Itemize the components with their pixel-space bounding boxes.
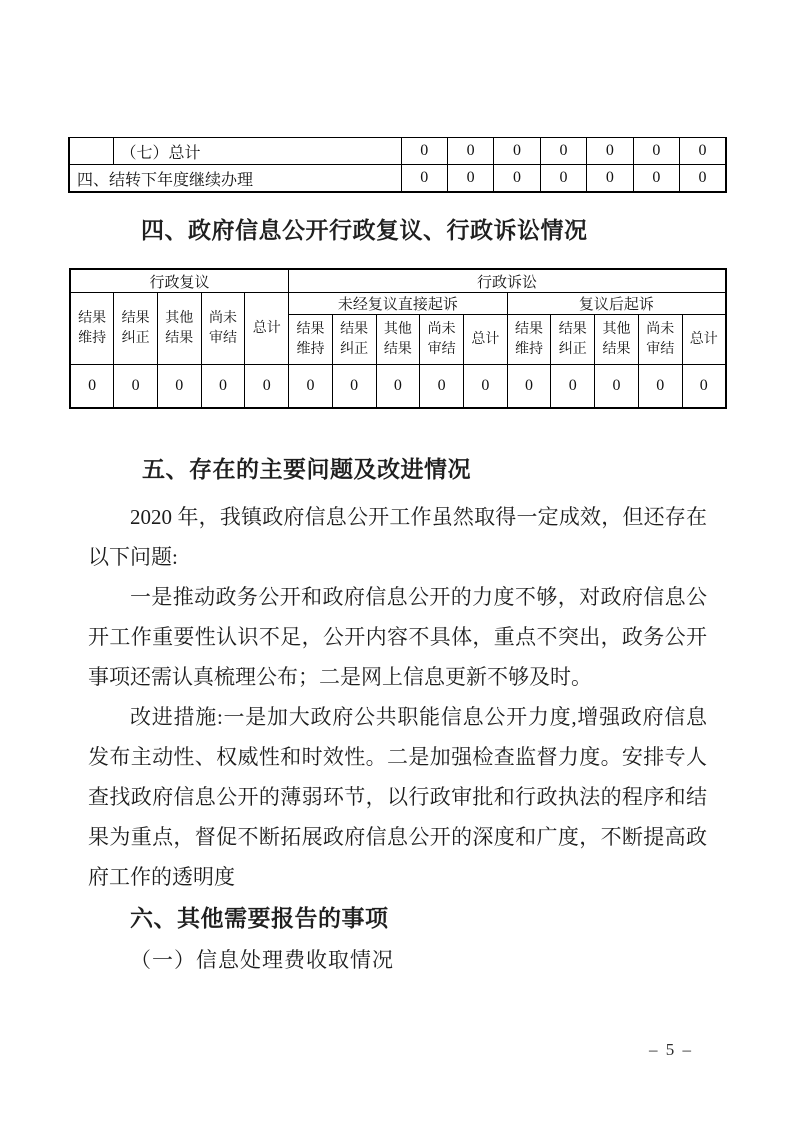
value-cell: 0 [595,365,639,409]
col-header: 结果纠正 [114,293,158,365]
col-header: 总计 [463,315,507,365]
col-header: 结果维持 [507,315,551,365]
paragraph: 改进措施:一是加大政府公共职能信息公开力度,增强政府信息发布主动性、权威性和时效… [88,697,707,897]
section-five-heading: 五、存在的主要问题及改进情况 [142,451,707,484]
value-cell: 0 [401,165,447,193]
page-number: – 5 – [649,1040,693,1060]
col-header: 结果维持 [289,315,333,365]
col-header: 其他结果 [157,293,201,365]
col-header: 结果纠正 [332,315,376,365]
value-cell: 0 [507,365,551,409]
group-header-review: 行政复议 [70,269,289,293]
subgroup-header-direct-suit: 未经复议直接起诉 [289,293,508,315]
value-cell: 0 [540,165,586,193]
section-four-heading: 四、政府信息公开行政复议、行政诉讼情况 [141,212,588,245]
row-label: （七）总计 [113,138,401,165]
value-cell: 0 [289,365,333,409]
table-row: （七）总计 0 0 0 0 0 0 0 [69,138,726,165]
value-cell: 0 [463,365,507,409]
value-cell: 0 [587,165,633,193]
value-cell: 0 [332,365,376,409]
value-cell: 0 [551,365,595,409]
subgroup-header-after-review-suit: 复议后起诉 [507,293,726,315]
value-cell: 0 [401,138,447,165]
carryover-summary-table: （七）总计 0 0 0 0 0 0 0 四、结转下年度继续办理 0 0 0 0 … [68,137,727,193]
col-header: 其他结果 [376,315,420,365]
row-label: 四、结转下年度继续办理 [69,165,401,193]
value-cell: 0 [157,365,201,409]
paragraph: 一是推动政务公开和政府信息公开的力度不够，对政府信息公开工作重要性认识不足，公开… [88,577,707,697]
value-cell: 0 [245,365,289,409]
col-header: 结果维持 [70,293,114,365]
value-cell: 0 [680,165,726,193]
section-six-subheading: （一）信息处理费收取情况 [130,944,707,974]
value-cell: 0 [201,365,245,409]
text-sections: 五、存在的主要问题及改进情况 2020 年，我镇政府信息公开工作虽然取得一定成效… [88,451,707,974]
value-cell: 0 [587,138,633,165]
value-cell: 0 [494,165,540,193]
table-row: 四、结转下年度继续办理 0 0 0 0 0 0 0 [69,165,726,193]
value-cell: 0 [494,138,540,165]
col-header: 总计 [245,293,289,365]
col-header: 尚未审结 [638,315,682,365]
value-cell: 0 [376,365,420,409]
table-row: 行政复议 行政诉讼 [70,269,726,293]
col-header: 尚未审结 [201,293,245,365]
table-row: 结果维持 结果纠正 其他结果 尚未审结 总计 未经复议直接起诉 复议后起诉 [70,293,726,315]
section-six-heading: 六、其他需要报告的事项 [130,900,707,933]
indent-cell [69,138,113,165]
value-cell: 0 [680,138,726,165]
value-cell: 0 [633,138,679,165]
document-page: （七）总计 0 0 0 0 0 0 0 四、结转下年度继续办理 0 0 0 0 … [0,0,793,1122]
group-header-litigation: 行政诉讼 [289,269,726,293]
table-row: 0 0 0 0 0 0 0 0 0 0 0 0 0 0 0 [70,365,726,409]
col-header: 总计 [682,315,726,365]
col-header: 结果纠正 [551,315,595,365]
paragraph: 2020 年，我镇政府信息公开工作虽然取得一定成效，但还存在以下问题: [88,497,707,577]
col-header: 尚未审结 [420,315,464,365]
value-cell: 0 [114,365,158,409]
review-litigation-table: 行政复议 行政诉讼 结果维持 结果纠正 其他结果 尚未审结 总计 未经复议直接起… [69,268,727,409]
value-cell: 0 [70,365,114,409]
value-cell: 0 [682,365,726,409]
value-cell: 0 [638,365,682,409]
value-cell: 0 [447,165,493,193]
value-cell: 0 [540,138,586,165]
value-cell: 0 [447,138,493,165]
value-cell: 0 [633,165,679,193]
value-cell: 0 [420,365,464,409]
col-header: 其他结果 [595,315,639,365]
